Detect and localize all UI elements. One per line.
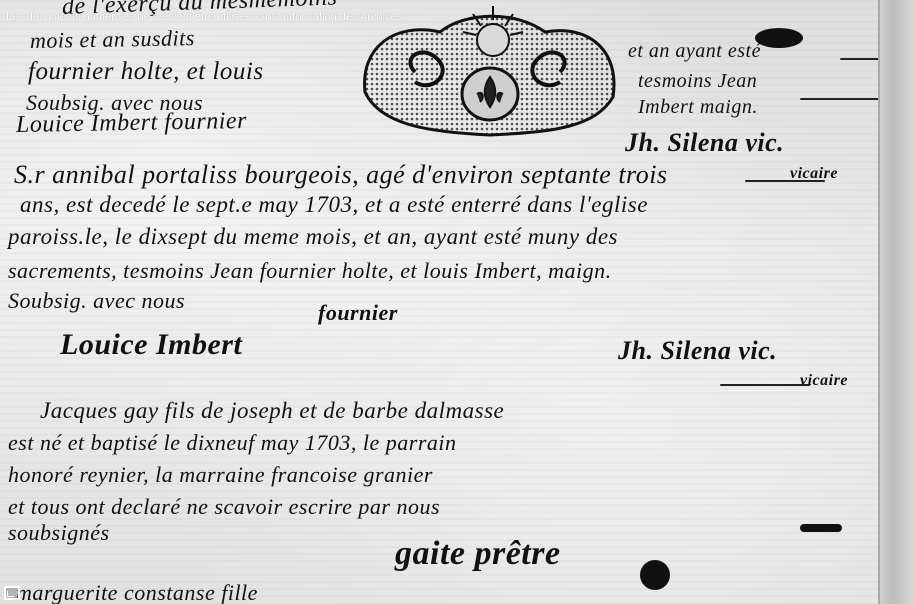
signature: Louice Imbert [60,328,242,362]
manuscript-line: marguerite constanse fille [16,580,258,604]
manuscript-line: S.r annibal portaliss bourgeois, agé d'e… [14,160,668,190]
manuscript-line: ans, est decedé le sept.e may 1703, et a… [20,192,648,218]
signature: Jh. Silena vic. [618,336,777,366]
expand-icon [7,591,14,597]
ink-blot [755,28,803,48]
margin-note: et an ayant esté [628,40,761,63]
manuscript-page: de l'exerçu du mesmemoins mois et an sus… [0,0,880,604]
pen-stroke [720,384,810,386]
manuscript-line: honoré reynier, la marraine francoise gr… [8,462,433,488]
signature: vicaire [800,372,848,390]
manuscript-line: Soubsig. avec nous [8,288,185,314]
copyright-watermark: Les documents numérisés ne peuvent être … [6,11,402,23]
ink-blot [800,524,842,532]
document-viewer[interactable]: de l'exerçu du mesmemoins mois et an sus… [0,0,913,604]
manuscript-line: soubsignés [8,520,110,546]
manuscript-line: paroiss.le, le dixsept du meme mois, et … [8,224,618,250]
signature: Jh. Silena vic. [625,128,784,158]
manuscript-line: et tous ont declaré ne scavoir escrire p… [8,494,440,520]
signature: vicaire [790,165,838,183]
manuscript-line: fournier holte, et louis [28,58,264,86]
manuscript-line: sacrements, tesmoins Jean fournier holte… [8,258,612,284]
manuscript-line: est né et baptisé le dixneuf may 1703, l… [8,430,457,456]
manuscript-line: mois et an susdits [30,25,195,54]
page-edge [878,0,913,604]
signature: gaite prêtre [395,535,561,573]
ink-blot [640,560,670,590]
margin-note: tesmoins Jean [638,70,757,93]
manuscript-line: Jacques gay fils de joseph et de barbe d… [40,398,504,424]
margin-note: Imbert maign. [638,96,758,119]
expand-button[interactable] [4,586,20,600]
manuscript-line: Louice Imbert fournier [16,108,247,139]
signature: fournier [318,300,398,326]
